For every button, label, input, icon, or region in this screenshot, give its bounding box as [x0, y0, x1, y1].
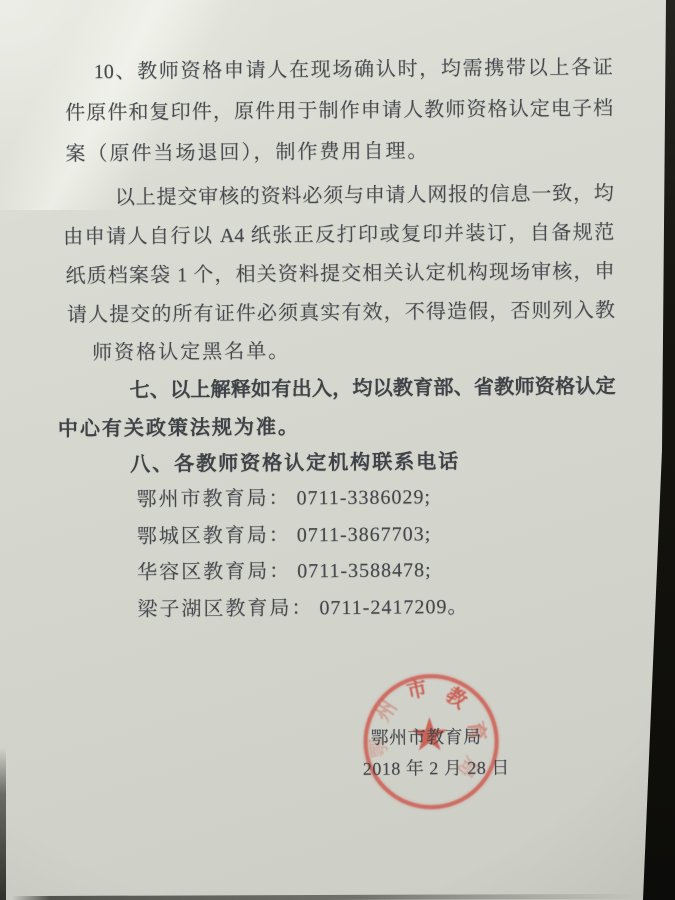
contact-org: 华容区教育局： [137, 560, 291, 583]
contact-row: 梁子湖区教育局：0711-2417209。 [137, 594, 468, 627]
contact-row: 鄂城区教育局：0711-3867703; [137, 521, 432, 554]
heading-item7-line-1: 七、以上解释如有出入，均以教育部、省教师资格认定 [0, 374, 616, 409]
text-line-note-4: 请人提交的所有证件必须真实有效，不得造假，否则列入教 [0, 298, 615, 333]
document-photo: 10、教师资格申请人在现场确认时，均需携带以上各证 件原件和复印件，原件用于制作… [0, 0, 675, 900]
seal-arc-character: 市 [403, 676, 432, 705]
text-line-item10-2: 件原件和复印件，原件用于制作申请人教师资格认定电子档 [0, 96, 613, 131]
contact-org: 梁子湖区教育局： [137, 597, 313, 621]
heading-item8: 八、各教师资格认定机构联系电话 [0, 448, 616, 483]
text-line-item10-1: 10、教师资格申请人在现场确认时，均需携带以上各证 [0, 55, 613, 90]
background-bottom-edge [12, 894, 637, 900]
text-line-note-1: 以上提交审核的资料必须与申请人网报的信息一致，均 [0, 181, 614, 216]
contact-phone: 0711-2417209。 [319, 596, 468, 619]
contact-phone: 0711-3386029; [296, 486, 431, 509]
contact-org: 鄂州市教育局： [136, 487, 290, 510]
contact-org: 鄂城区教育局： [137, 524, 291, 547]
signature-issuer: 鄂州市教育局 [370, 723, 481, 750]
signature-date: 2018 年 2 月 28 日 [363, 754, 510, 781]
text-line-note-5: 师资格认定黑名单。 [0, 336, 615, 371]
contact-row: 华容区教育局：0711-3588478; [137, 557, 432, 590]
text-line-note-2: 由申请人自行以 A4 纸张正反打印或复印并装订，自备规范 [0, 220, 614, 255]
document-body-text: 10、教师资格申请人在现场确认时，均需携带以上各证 件原件和复印件，原件用于制作… [0, 0, 675, 900]
background-left-edge [0, 748, 6, 900]
contact-row: 鄂州市教育局：0711-3386029; [136, 484, 431, 517]
contact-phone: 0711-3588478; [297, 559, 432, 582]
text-line-item10-3: 案（原件当场退回），制作费用自理。 [0, 137, 614, 172]
heading-item7-line-2: 中心有关政策法规为准。 [0, 412, 616, 447]
text-line-note-3: 纸质档案袋 1 个，相关资料提交相关认定机构现场审核，申 [0, 259, 615, 294]
contact-phone: 0711-3867703; [297, 523, 432, 546]
